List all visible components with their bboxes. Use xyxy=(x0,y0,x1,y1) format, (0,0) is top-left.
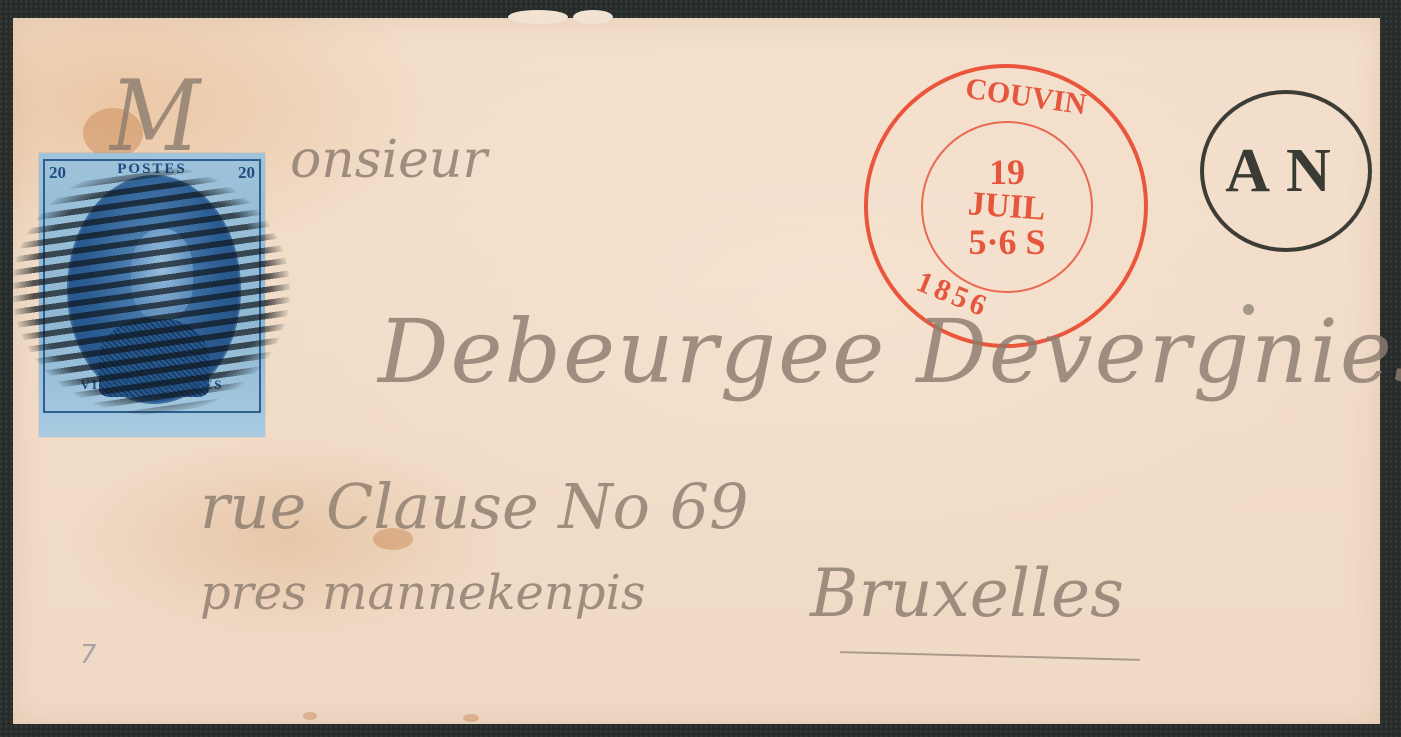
foxing-stain xyxy=(463,714,479,722)
paper-tear xyxy=(573,10,613,24)
handwritten-street: rue Clause No 69 xyxy=(200,470,749,543)
postmark-date-circle: 19 JUIL 5·6 S xyxy=(921,121,1093,293)
postmark-month: JUIL xyxy=(967,187,1047,226)
an-handstamp: AN xyxy=(1200,90,1372,252)
foxing-stain xyxy=(303,712,317,720)
handwritten-salutation-initial: M xyxy=(110,60,200,174)
postmark-day: 19 xyxy=(989,154,1025,190)
handwritten-city: Bruxelles xyxy=(810,555,1124,632)
barred-cancellation xyxy=(12,165,290,415)
postmark-time: 5·6 S xyxy=(968,224,1045,260)
handwritten-salutation: onsieur xyxy=(290,130,487,190)
handwritten-recipient: Debeurgee Devergnies xyxy=(378,300,1401,403)
paper-tear xyxy=(508,10,568,24)
handwritten-landmark: pres mannekenpis xyxy=(200,565,645,621)
an-text: AN xyxy=(1225,136,1347,207)
pencil-note: 7 xyxy=(80,640,97,670)
